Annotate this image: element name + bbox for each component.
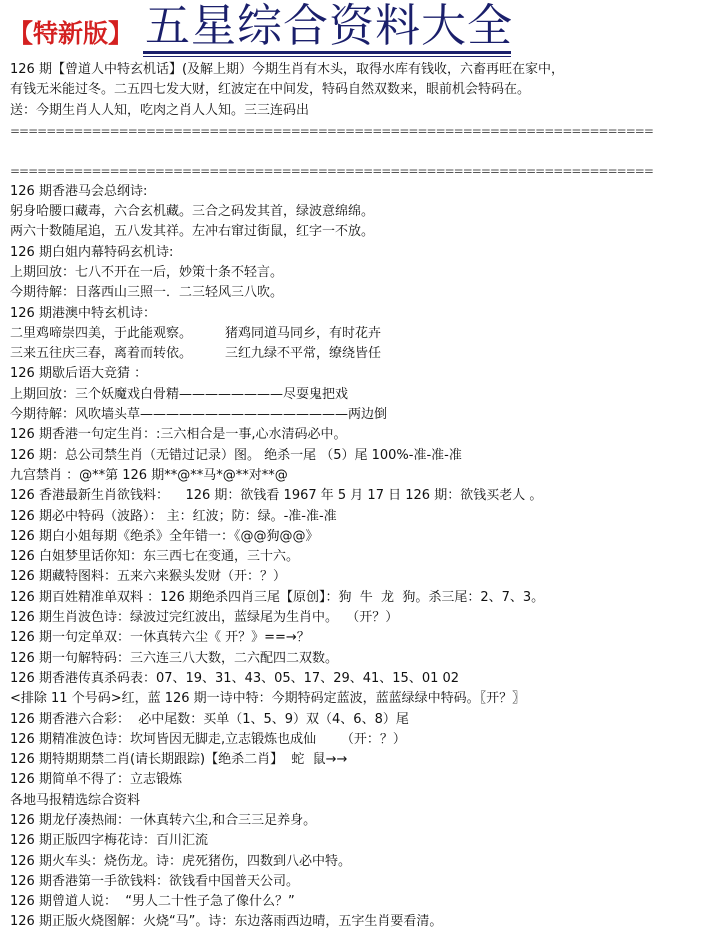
separator-line: ========================================… — [10, 121, 700, 141]
text-line: 今期待解：风吹墙头草————————————————两边倒 — [10, 405, 700, 425]
text-line: 有钱无米能过冬。二五四七发大财，红波定在中间发，特码自然双数来，眼前机会特码在。 — [10, 80, 700, 100]
text-line: 126 期香港传真杀码表：07、19、31、43、05、17、29、41、15、… — [10, 669, 700, 689]
text-line: 九宫禁肖 ：@**第 126 期**@**马*@**对**@ — [10, 466, 700, 486]
text-line: 126 期藏特图料：五来六来猴头发财（开：？） — [10, 567, 700, 587]
text-line: 126 期火车头：烧伤龙。诗：虎死猪伤，四数到八必中特。 — [10, 852, 700, 872]
text-line: 126 期生肖波色诗：绿波过完红波出，蓝绿尾为生肖中。 （开？） — [10, 608, 700, 628]
separator-line: ========================================… — [10, 161, 700, 181]
text-line: 今期待解：日落西山三照一．二三轻风三八吹。 — [10, 283, 700, 303]
text-line: <排除 11 个号码>红，蓝 126 期一诗中特：今期特码定蓝波，蓝蓝绿绿中特码… — [10, 689, 700, 709]
text-line: 上期回放：三个妖魔戏白骨精————————尽耍鬼把戏 — [10, 385, 700, 405]
text-line: 二里鸡啼崇四美，于此能观察。 猪鸡同道马同乡，有时花卉 — [10, 324, 700, 344]
page-header: 【特新版】 五星综合资料大全 — [0, 0, 702, 58]
document-body: 126 期【曾道人中特玄机话】(及解上期）今期生肖有木头，取得水库有钱收，六畜再… — [10, 60, 700, 933]
text-line: 各地马报精选综合资料 — [10, 791, 700, 811]
page-title: 五星综合资料大全 — [145, 2, 513, 50]
text-line: 126 期龙仔凑热闹：一休真转六尘,和合三三足养身。 — [10, 811, 700, 831]
text-line: 126 期正版火烧图解：火烧“马”。诗：东边落雨西边晴，五字生肖要看清。 — [10, 912, 700, 932]
text-line: 126 期香港马会总纲诗: — [10, 182, 700, 202]
text-line: 126 期曾道人说： “男人二十性子急了像什么？” — [10, 892, 700, 912]
text-line: 126 期一句解特码：三六连三八大数，二六配四二双数。 — [10, 649, 700, 669]
text-line: 送：今期生肖人人知，吃肉之肖人人知。三三连码出 — [10, 101, 700, 121]
text-line: 126 期白姐内幕特码玄机诗: — [10, 243, 700, 263]
text-line: 126 期香港六合彩： 必中尾数：买单（1、5、9）双（4、6、8）尾 — [10, 710, 700, 730]
text-line: 126 期歇后语大竞猜 ： — [10, 364, 700, 384]
edition-badge: 【特新版】 — [8, 14, 133, 50]
blank-line — [10, 141, 700, 161]
text-line: 126 期港澳中特玄机诗： — [10, 304, 700, 324]
title-underline — [143, 51, 511, 54]
text-line: 126 期一句定单双：一休真转六尘《 开？》==→？ — [10, 628, 700, 648]
text-line: 126 期百姓精准单双料 ：126 期绝杀四肖三尾【原创】：狗 牛 龙 狗。杀三… — [10, 588, 700, 608]
text-line: 126 期香港一句定生肖：:三六相合是一事,心水清码必中。 — [10, 425, 700, 445]
text-line: 两六十数随尾追，五八发其祥。左冲右窜过街鼠，红字一不放。 — [10, 222, 700, 242]
text-line: 126 白姐梦里话你知：东三西七在变通，三十六。 — [10, 547, 700, 567]
text-line: 126 期白小姐每期《绝杀》全年错一：《@@狗@@》 — [10, 527, 700, 547]
text-line: 126 香港最新生肖欲钱料： 126 期：欲钱看 1967 年 5 月 17 日… — [10, 486, 700, 506]
text-line: 三来五往庆三春，离着而转依。 三红九绿不平常，缭绕皆任 — [10, 344, 700, 364]
text-line: 126 期【曾道人中特玄机话】(及解上期）今期生肖有木头，取得水库有钱收，六畜再… — [10, 60, 700, 80]
title-underline-thin — [143, 56, 511, 57]
text-line: 126 期必中特码（波路）： 主：红波；防：绿。-准-准-准 — [10, 507, 700, 527]
text-line: 126 期：总公司禁生肖（无错过记录）图。 绝杀一尾 （5）尾 100%-准-准… — [10, 446, 700, 466]
text-line: 126 期简单不得了：立志锻炼 — [10, 770, 700, 790]
text-line: 躬身哈腰口藏毒，六合玄机藏。三合之码发其首，绿波意绵绵。 — [10, 202, 700, 222]
text-line: 126 期正版四字梅花诗：百川汇流 — [10, 831, 700, 851]
text-line: 126 期香港第一手欲钱料：欲钱看中国普天公司。 — [10, 872, 700, 892]
text-line: 126 期精准波色诗：坎坷皆因无脚走,立志锻炼也成仙 （开：？） — [10, 730, 700, 750]
text-line: 126 期特期期禁二肖(请长期跟踪)【绝杀二肖】 蛇 鼠→→ — [10, 750, 700, 770]
text-line: 上期回放：七八不开在一后，妙策十条不轻言。 — [10, 263, 700, 283]
